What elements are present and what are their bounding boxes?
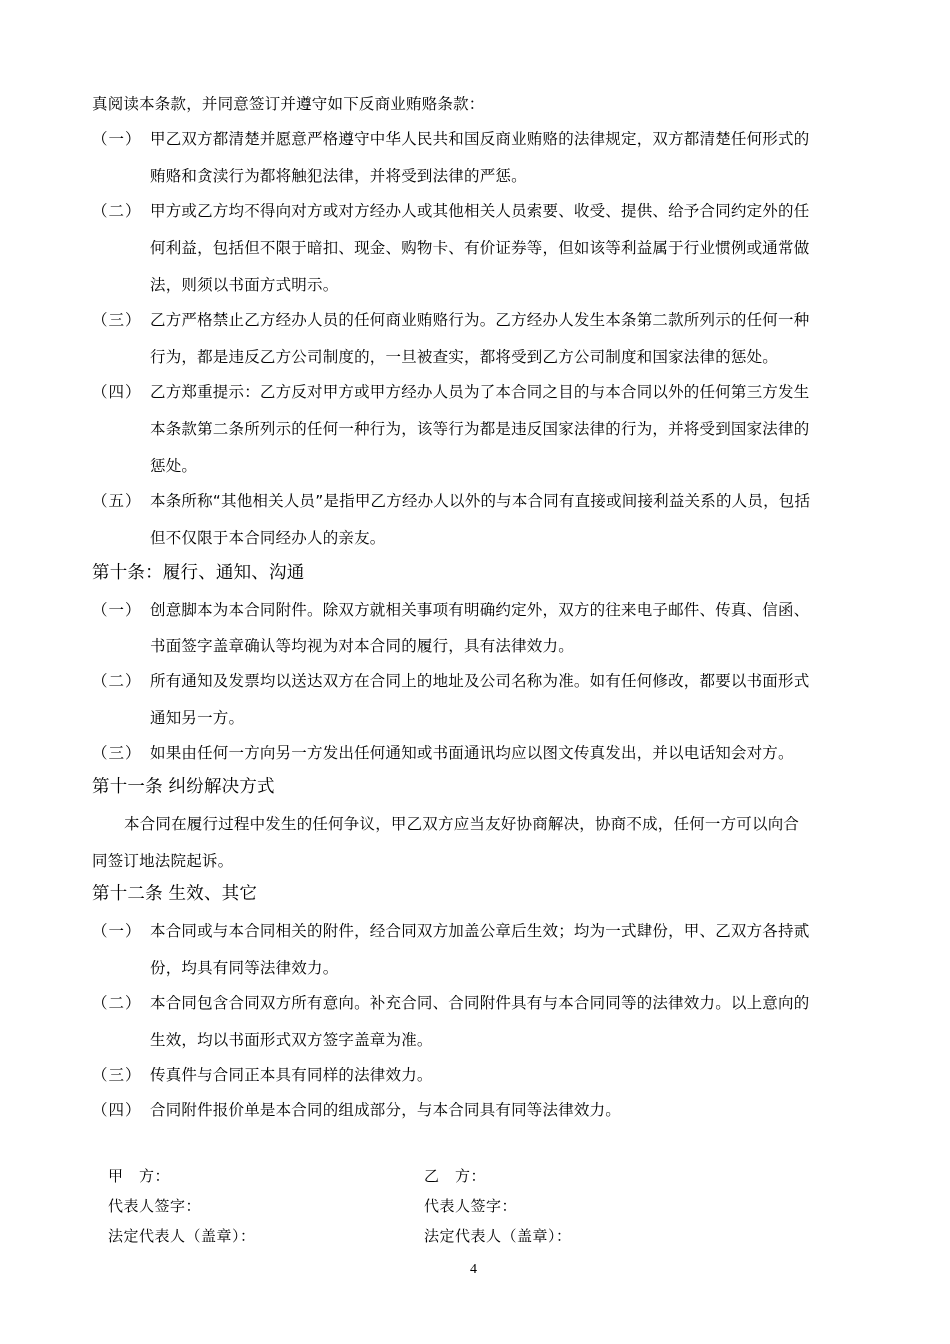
article-12-title: 第十二条 生效、其它 xyxy=(92,884,257,904)
item-line: 行为，都是违反乙方公司制度的，一旦被查实，都将受到乙方公司制度和国家法律的惩处。 xyxy=(150,347,778,367)
item-line: 贿赂和贪渎行为都将触犯法律，并将受到法律的严惩。 xyxy=(150,166,527,186)
item-number: （五） xyxy=(92,491,142,511)
item-number: （一） xyxy=(92,921,142,941)
party-a-legal-rep: 法定代表人（盖章）： xyxy=(108,1226,256,1246)
item-line: 乙方郑重提示：乙方反对甲方或甲方经办人员为了本合同之目的与本合同以外的任何第三方… xyxy=(150,382,809,402)
item-line: 本合同或与本合同相关的附件，经合同双方加盖公章后生效；均为一式肆份，甲、乙双方各… xyxy=(150,921,809,941)
item-number: （二） xyxy=(92,201,142,221)
item-line: 生效，均以书面形式双方签字盖章为准。 xyxy=(150,1030,433,1050)
item-line: 创意脚本为本合同附件。除双方就相关事项有明确约定外，双方的往来电子邮件、传真、信… xyxy=(150,600,809,620)
item-line: 如果由任何一方向另一方发出任何通知或书面通讯均应以图文传真发出，并以电话知会对方… xyxy=(150,743,794,763)
item-number: （三） xyxy=(92,1065,142,1085)
item-number: （四） xyxy=(92,1100,142,1120)
page-number: 4 xyxy=(470,1262,477,1278)
party-b-rep-sign: 代表人签字： xyxy=(424,1196,517,1216)
item-line: 所有通知及发票均以送达双方在合同上的地址及公司名称为准。如有任何修改，都要以书面… xyxy=(150,671,809,691)
item-line: 本合同包含合同双方所有意向。补充合同、合同附件具有与本合同同等的法律效力。以上意… xyxy=(150,993,809,1013)
item-line: 乙方严格禁止乙方经办人员的任何商业贿赂行为。乙方经办人发生本条第二款所列示的任何… xyxy=(150,310,809,330)
item-line: 本条款第二条所列示的任何一种行为，该等行为都是违反国家法律的行为，并将受到国家法… xyxy=(150,419,809,439)
party-b-label: 乙 方： xyxy=(424,1166,486,1186)
party-a-label: 甲 方： xyxy=(108,1166,170,1186)
item-line: 本条所称“其他相关人员”是指甲乙方经办人以外的与本合同有直接或间接利益关系的人员… xyxy=(150,491,810,511)
item-line: 份，均具有同等法律效力。 xyxy=(150,958,338,978)
item-line: 惩处。 xyxy=(150,456,197,476)
article-10-title: 第十条：履行、通知、沟通 xyxy=(92,563,304,583)
item-number: （四） xyxy=(92,382,142,402)
item-line: 传真件与合同正本具有同样的法律效力。 xyxy=(150,1065,433,1085)
item-line: 法，则须以书面方式明示。 xyxy=(150,275,338,295)
intro-text: 真阅读本条款，并同意签订并遵守如下反商业贿赂条款： xyxy=(92,94,485,114)
item-line: 何利益，包括但不限于暗扣、现金、购物卡、有价证券等，但如该等利益属于行业惯例或通… xyxy=(150,238,809,258)
item-number: （一） xyxy=(92,129,142,149)
item-number: （三） xyxy=(92,743,142,763)
item-number: （三） xyxy=(92,310,142,330)
document-page: 真阅读本条款，并同意签订并遵守如下反商业贿赂条款： （一） 甲乙双方都清楚并愿意… xyxy=(0,0,950,1344)
item-number: （二） xyxy=(92,671,142,691)
item-number: （一） xyxy=(92,600,142,620)
paragraph-line: 本合同在履行过程中发生的任何争议，甲乙双方应当友好协商解决，协商不成，任何一方可… xyxy=(124,814,799,834)
item-line: 书面签字盖章确认等均视为对本合同的履行，具有法律效力。 xyxy=(150,636,574,656)
paragraph-line: 同签订地法院起诉。 xyxy=(92,851,233,871)
party-b-legal-rep: 法定代表人（盖章）： xyxy=(424,1226,572,1246)
item-line: 甲方或乙方均不得向对方或对方经办人或其他相关人员索要、收受、提供、给予合同约定外… xyxy=(150,201,809,221)
item-line: 通知另一方。 xyxy=(150,708,244,728)
article-11-title: 第十一条 纠纷解决方式 xyxy=(92,777,275,797)
item-line: 但不仅限于本合同经办人的亲友。 xyxy=(150,528,386,548)
item-line: 合同附件报价单是本合同的组成部分，与本合同具有同等法律效力。 xyxy=(150,1100,621,1120)
item-line: 甲乙双方都清楚并愿意严格遵守中华人民共和国反商业贿赂的法律规定，双方都清楚任何形… xyxy=(150,129,809,149)
party-a-rep-sign: 代表人签字： xyxy=(108,1196,201,1216)
item-number: （二） xyxy=(92,993,142,1013)
